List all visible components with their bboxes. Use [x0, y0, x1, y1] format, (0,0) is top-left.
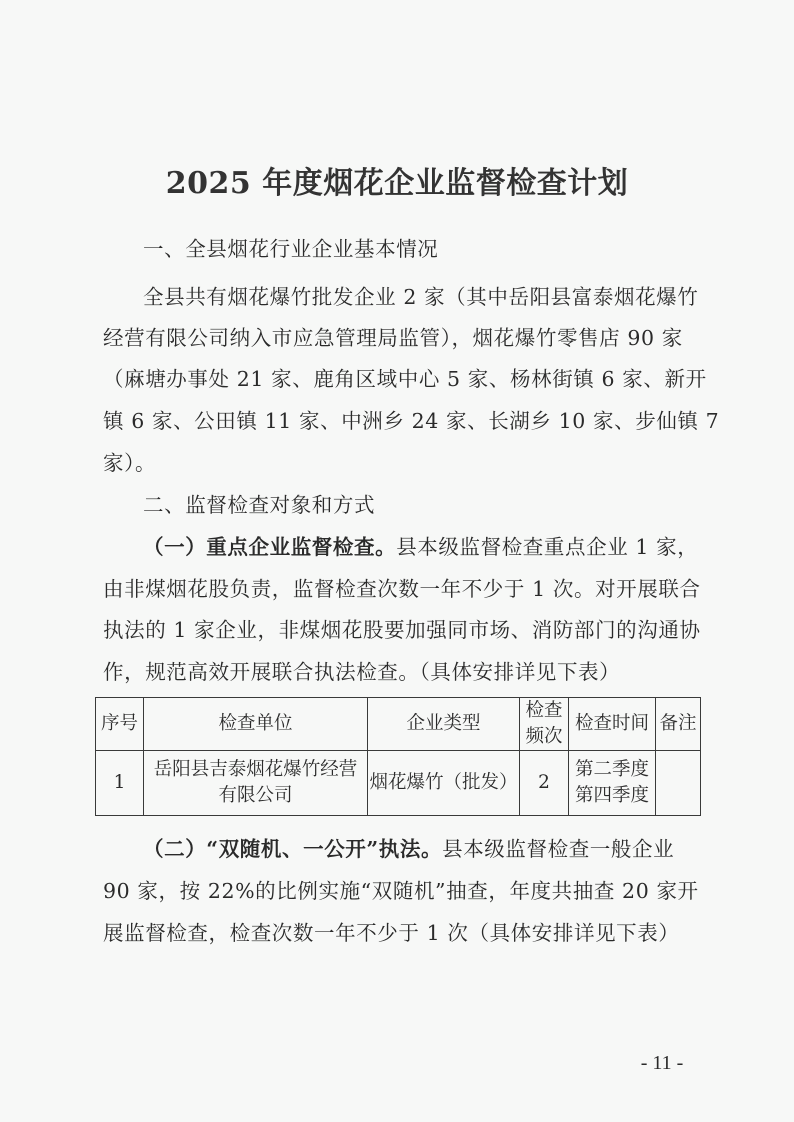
cell-unit: 岳阳县吉泰烟花爆竹经营 有限公司: [144, 751, 368, 816]
header-unit: 检查单位: [144, 698, 368, 751]
header-time: 检查时间: [569, 698, 656, 751]
header-freq: 检查 频次: [520, 698, 569, 751]
cell-type: 烟花爆竹（批发）: [368, 751, 520, 816]
inspection-schedule-table: 序号 检查单位 企业类型 检查 频次 检查时间 备注 1 岳阳县吉泰烟花爆竹经营…: [95, 697, 701, 816]
header-type: 企业类型: [368, 698, 520, 751]
cell-freq: 2: [520, 751, 569, 816]
cell-time: 第二季度 第四季度: [569, 751, 656, 816]
subsection2-lead: （二）“双随机、一公开”执法。: [143, 837, 442, 861]
header-note: 备注: [656, 698, 701, 751]
header-no: 序号: [96, 698, 144, 751]
page-title: 2025 年度烟花企业监督检查计划: [0, 158, 794, 202]
cell-note: [656, 751, 701, 816]
subsection1-lead: （一）重点企业监督检查。: [143, 535, 396, 559]
section2-heading: 二、监督检查对象和方式: [143, 488, 743, 518]
section1-heading: 一、全县烟花行业企业基本情况: [143, 232, 743, 262]
page-number: - 11 -: [0, 1052, 794, 1075]
table-row: 1 岳阳县吉泰烟花爆竹经营 有限公司 烟花爆竹（批发） 2 第二季度 第四季度: [96, 751, 701, 816]
cell-no: 1: [96, 751, 144, 816]
table-header-row: 序号 检查单位 企业类型 检查 频次 检查时间 备注: [96, 698, 701, 751]
